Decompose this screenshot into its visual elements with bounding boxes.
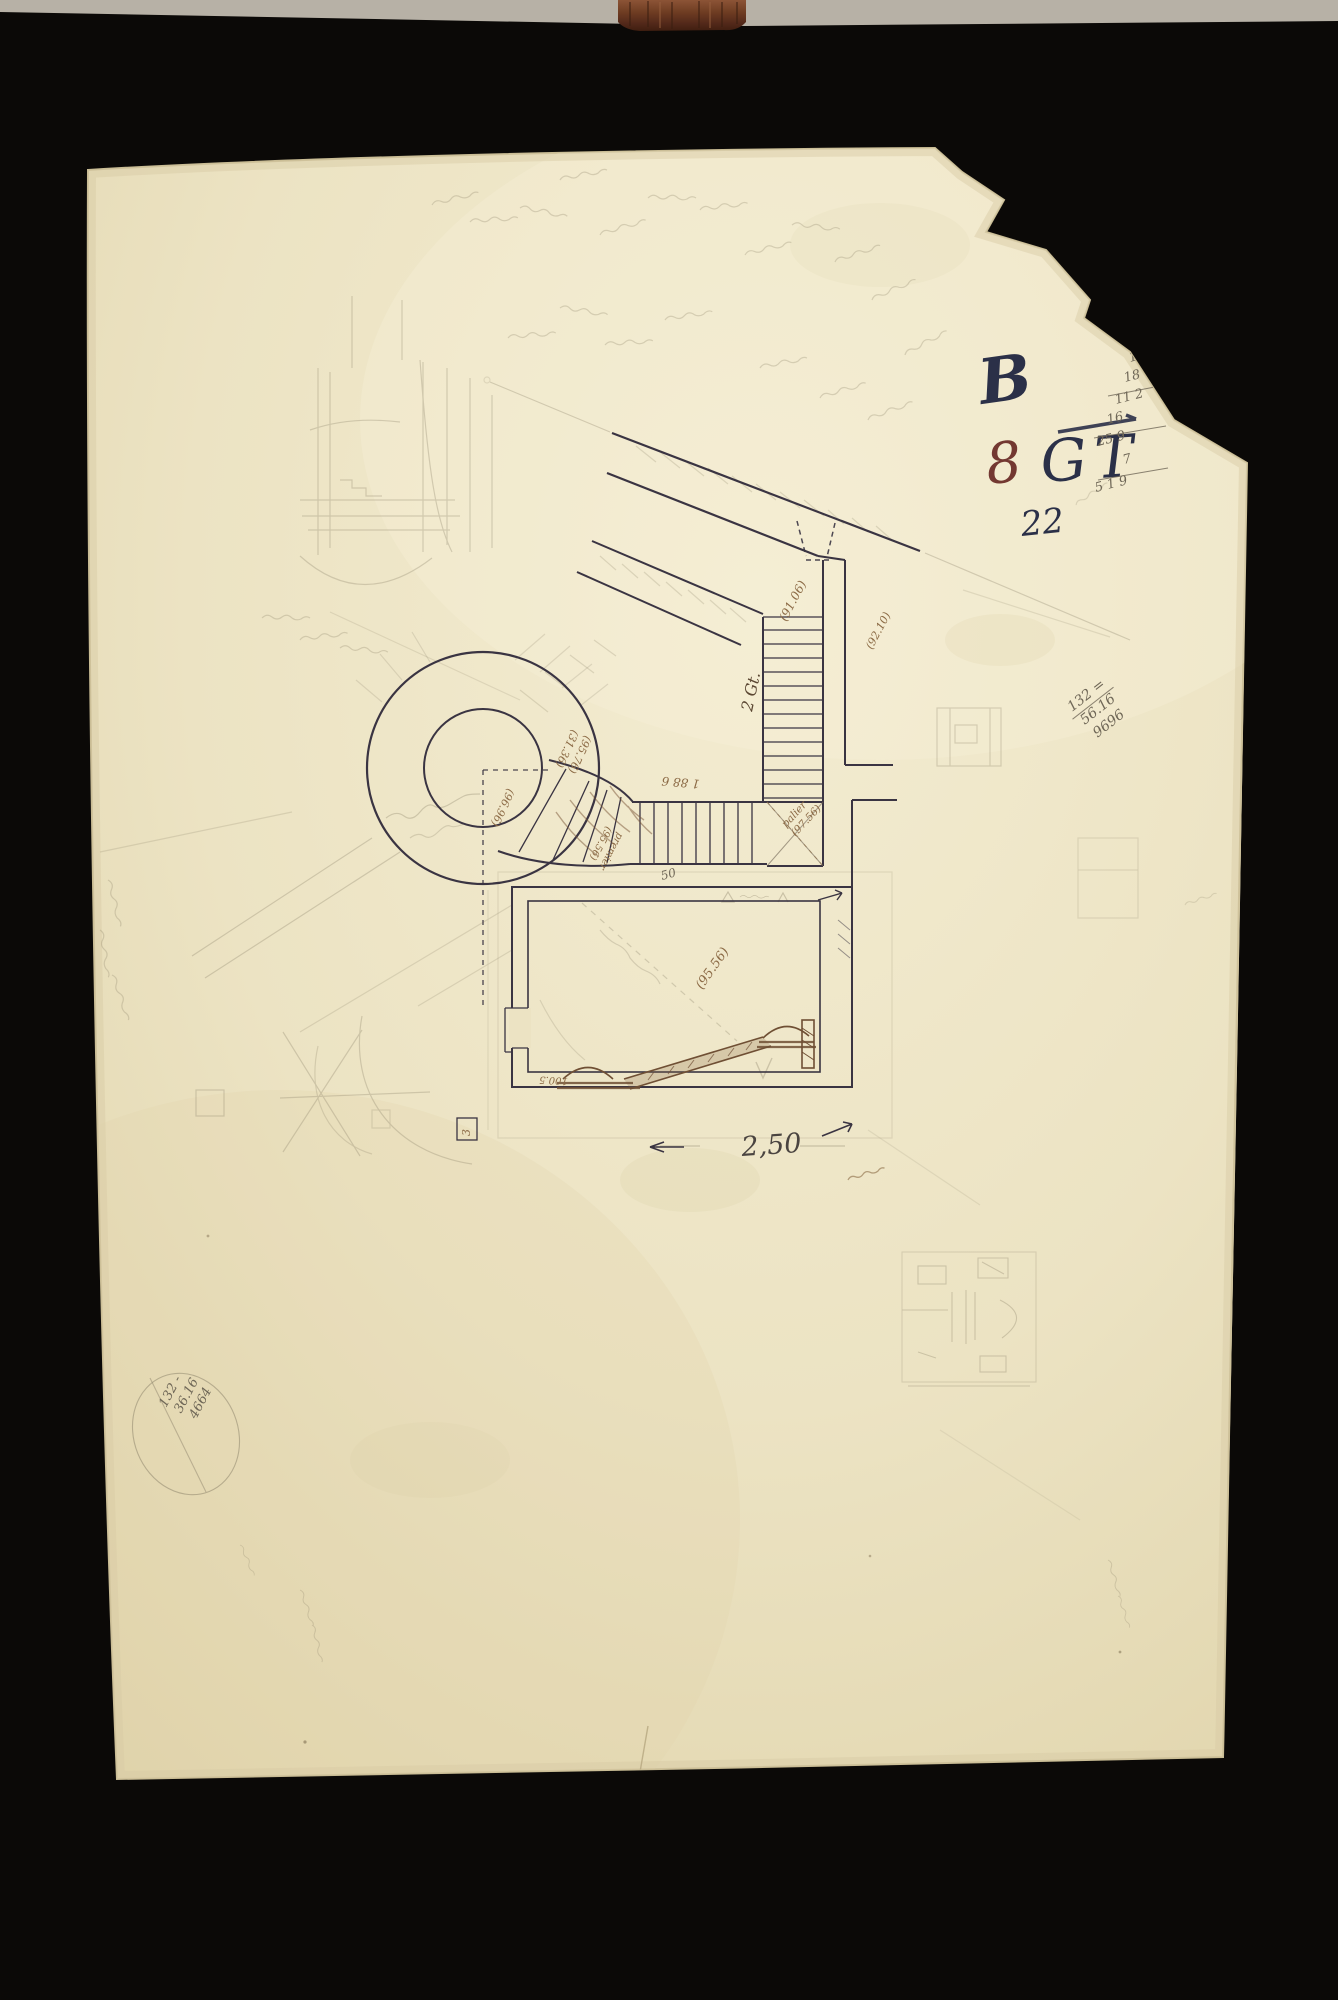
dimension-room-width: 2,50 [739, 1128, 802, 1163]
annotation-room-note: 100.5 [539, 1074, 568, 1086]
inscription-letter-b: B [972, 339, 1036, 419]
inscription-number-22: 22 [1018, 501, 1066, 545]
photograph-of-architectural-drawing: (96.96) (95.76) (31.36) premier (95.56) … [0, 0, 1338, 2000]
wood-block [618, 0, 746, 31]
drawing-scene: (96.96) (95.76) (31.36) premier (95.56) … [0, 0, 1338, 2000]
inscription-numeral-8: 8 [983, 430, 1025, 498]
annotation-box-digit: 3 [460, 1129, 473, 1136]
